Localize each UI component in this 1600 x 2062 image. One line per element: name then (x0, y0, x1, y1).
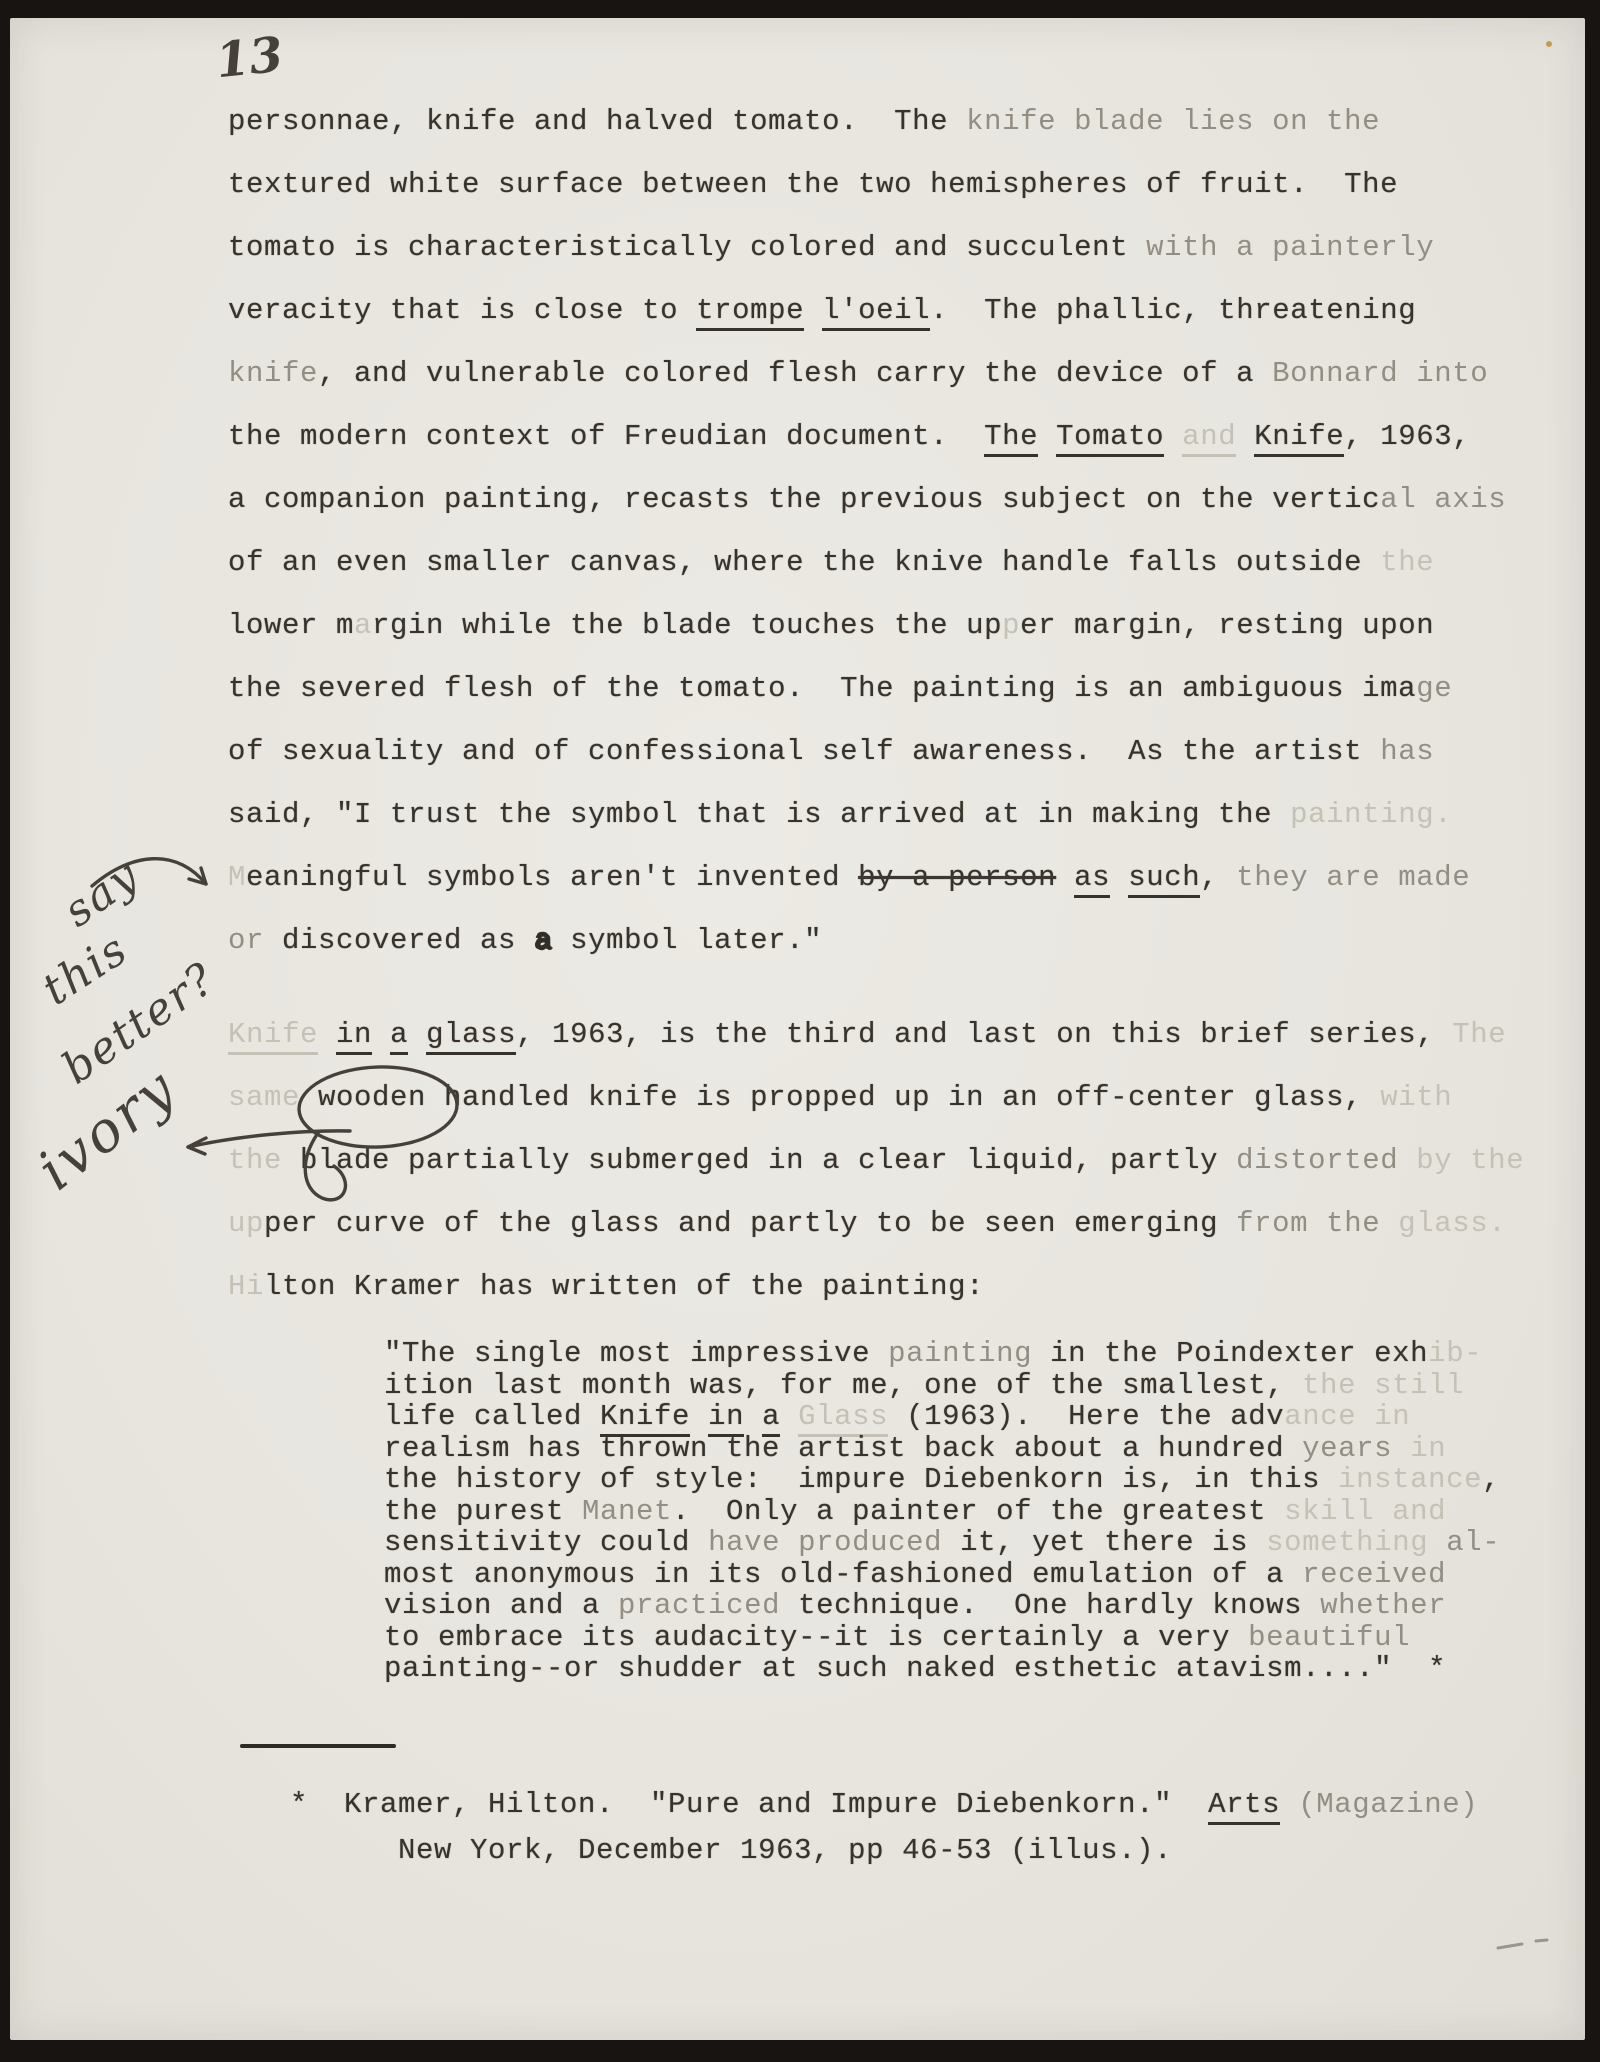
typed-line: a companion painting, recasts the previo… (228, 468, 1506, 531)
typed-line: veracity that is close to trompe l'oeil.… (228, 279, 1506, 342)
typed-line: same wooden handled knife is propped up … (228, 1066, 1524, 1129)
typed-line: said, "I trust the symbol that is arrive… (228, 783, 1506, 846)
scan-background: 13 personnae, knife and halved tomato. T… (0, 0, 1600, 2062)
footnote-separator-line (240, 1744, 396, 1748)
typed-line: of an even smaller canvas, where the kni… (228, 531, 1506, 594)
page-number: 13 (213, 27, 285, 90)
paragraph-2: Knife in a glass, 1963, is the third and… (228, 1003, 1524, 1318)
typed-line: to embrace its audacity--it is certainly… (384, 1622, 1500, 1654)
typed-line: painting--or shudder at such naked esthe… (384, 1653, 1500, 1685)
typed-line: personnae, knife and halved tomato. The … (228, 90, 1506, 153)
typed-line: the purest Manet. Only a painter of the … (384, 1496, 1500, 1528)
typed-line: vision and a practiced technique. One ha… (384, 1590, 1500, 1622)
typed-line: life called Knife in a Glass (1963). Her… (384, 1401, 1500, 1433)
typed-line: textured white surface between the two h… (228, 153, 1506, 216)
typed-line: most anonymous in its old-fashioned emul… (384, 1559, 1500, 1591)
typed-line: Hilton Kramer has written of the paintin… (228, 1255, 1524, 1318)
typed-line: the blade partially submerged in a clear… (228, 1129, 1524, 1192)
footnote: * Kramer, Hilton. "Pure and Impure Diebe… (290, 1782, 1478, 1874)
paragraph-1: personnae, knife and halved tomato. The … (228, 90, 1506, 972)
typed-line: knife, and vulnerable colored flesh carr… (228, 342, 1506, 405)
typed-line: the modern context of Freudian document.… (228, 405, 1506, 468)
blockquote-kramer: "The single most impressive painting in … (384, 1338, 1500, 1685)
typed-line: New York, December 1963, pp 46-53 (illus… (290, 1828, 1478, 1874)
typed-line: realism has thrown the artist back about… (384, 1433, 1500, 1465)
typed-line: lower margin while the blade touches the… (228, 594, 1506, 657)
typed-line: Meaningful symbols aren't invented by a … (228, 846, 1506, 909)
typed-line: Knife in a glass, 1963, is the third and… (228, 1003, 1524, 1066)
typed-line: the severed flesh of the tomato. The pai… (228, 657, 1506, 720)
typed-line: * Kramer, Hilton. "Pure and Impure Diebe… (290, 1782, 1478, 1828)
typed-line: ition last month was, for me, one of the… (384, 1370, 1500, 1402)
typed-line: the history of style: impure Diebenkorn … (384, 1464, 1500, 1496)
typed-line: sensitivity could have produced it, yet … (384, 1527, 1500, 1559)
typed-line: or discovered as a symbol later." (228, 909, 1506, 972)
typed-line: tomato is characteristically colored and… (228, 216, 1506, 279)
typed-line: of sexuality and of confessional self aw… (228, 720, 1506, 783)
typed-line: "The single most impressive painting in … (384, 1338, 1500, 1370)
typed-line: upper curve of the glass and partly to b… (228, 1192, 1524, 1255)
